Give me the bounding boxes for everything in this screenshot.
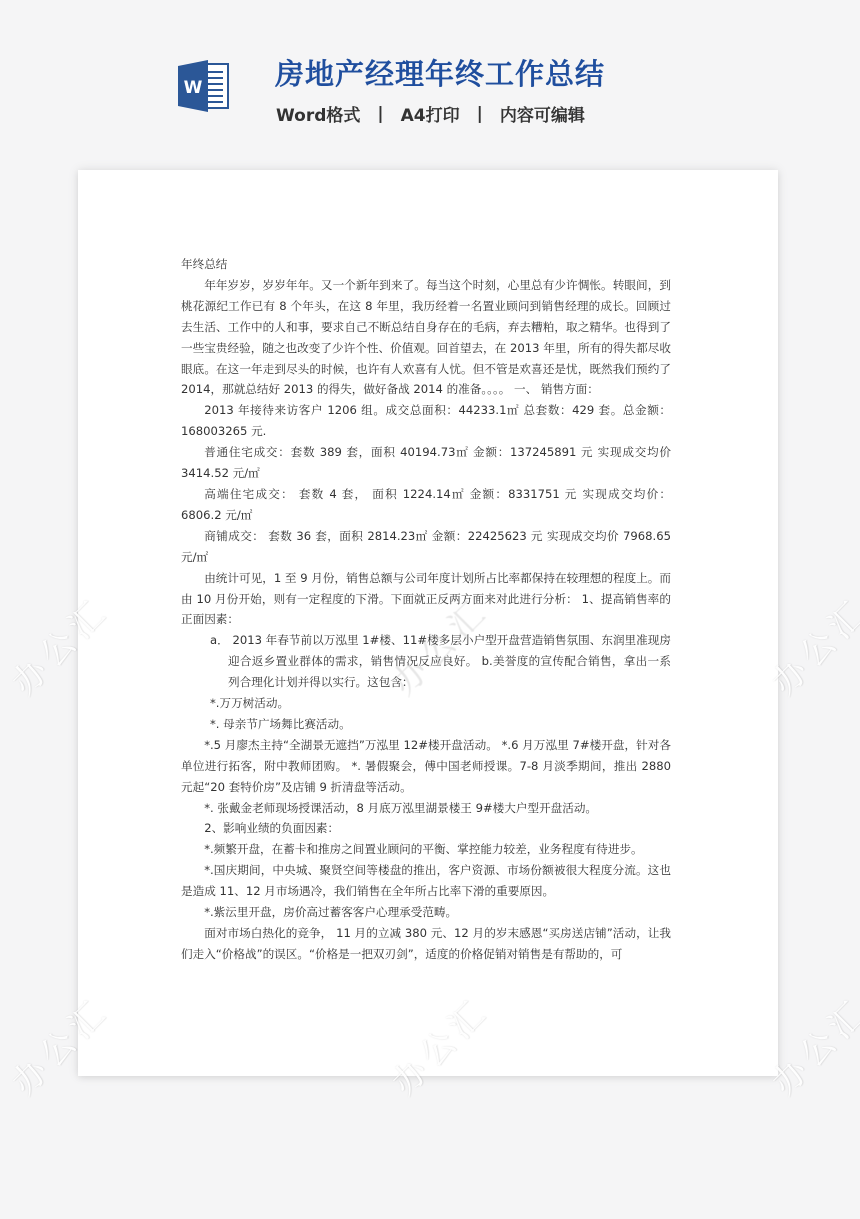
document-content: 年终总结 年年岁岁，岁岁年年。又一个新年到来了。每当这个时刻，心里总有少许惆怅。… — [181, 254, 671, 965]
paragraph-high-end-housing: 高端住宅成交： 套数 4 套， 面积 1224.14㎡ 金额：8331751 元… — [181, 484, 671, 526]
feature-a4-print: A4打印 — [401, 101, 460, 126]
paragraph-intro: 年年岁岁，岁岁年年。又一个新年到来了。每当这个时刻，心里总有少许惆怅。转眼间，到… — [181, 275, 671, 400]
word-icon: W — [176, 60, 230, 112]
separator: | — [477, 104, 483, 124]
document-heading: 年终总结 — [181, 254, 671, 275]
subheading-negative-factors: 2、影响业绩的负面因素： — [181, 818, 671, 839]
list-item-negative: *.紫沄里开盘，房价高过蓄客客户心理承受范畴。 — [181, 902, 671, 923]
feature-list: Word格式 | A4打印 | 内容可编辑 — [276, 101, 585, 126]
feature-word-format: Word格式 — [276, 101, 360, 126]
list-item-activity: *.5 月廖杰主持“全湖景无遮挡”万泓里 12#楼开盘活动。 *.6 月万泓里 … — [181, 735, 671, 798]
paragraph-shops: 商铺成交： 套数 36 套，面积 2814.23㎡ 金额：22425623 元 … — [181, 526, 671, 568]
list-item-a: a． 2013 年春节前以万泓里 1#楼、11#楼多层小户型开盘营造销售氛围、东… — [181, 630, 671, 693]
list-item-negative: *.频繁开盘，在蓄卡和推房之间置业顾问的平衡、掌控能力较差，业务程度有待进步。 — [181, 839, 671, 860]
separator: | — [377, 104, 383, 124]
header: W 房地产经理年终工作总结 Word格式 | A4打印 | 内容可编辑 — [0, 0, 860, 160]
document-title: 房地产经理年终工作总结 — [275, 52, 605, 93]
paragraph-price-war: 面对市场白热化的竞争， 11 月的立减 380 元、12 月的岁末感恩“买房送店… — [181, 923, 671, 965]
svg-text:W: W — [184, 78, 203, 98]
list-item-activity: *. 母亲节广场舞比赛活动。 — [181, 714, 671, 735]
paragraph-summary-stats: 2013 年接待来访客户 1206 组。成交总面积：44233.1㎡ 总套数：4… — [181, 400, 671, 442]
document-page: 年终总结 年年岁岁，岁岁年年。又一个新年到来了。每当这个时刻，心里总有少许惆怅。… — [78, 170, 778, 1076]
list-item-negative: *.国庆期间，中央城、聚贤空间等楼盘的推出，客户资源、市场份额被很大程度分流。这… — [181, 860, 671, 902]
feature-editable: 内容可编辑 — [500, 101, 585, 126]
list-item-activity: *. 张戴金老师现场授课活动，8 月底万泓里湖景楼王 9#楼大户型开盘活动。 — [181, 798, 671, 819]
list-item-activity: *.万万树活动。 — [181, 693, 671, 714]
paragraph-regular-housing: 普通住宅成交：套数 389 套，面积 40194.73㎡ 金额：13724589… — [181, 442, 671, 484]
paragraph-analysis: 由统计可见，1 至 9 月份，销售总额与公司年度计划所占比率都保持在较理想的程度… — [181, 568, 671, 631]
